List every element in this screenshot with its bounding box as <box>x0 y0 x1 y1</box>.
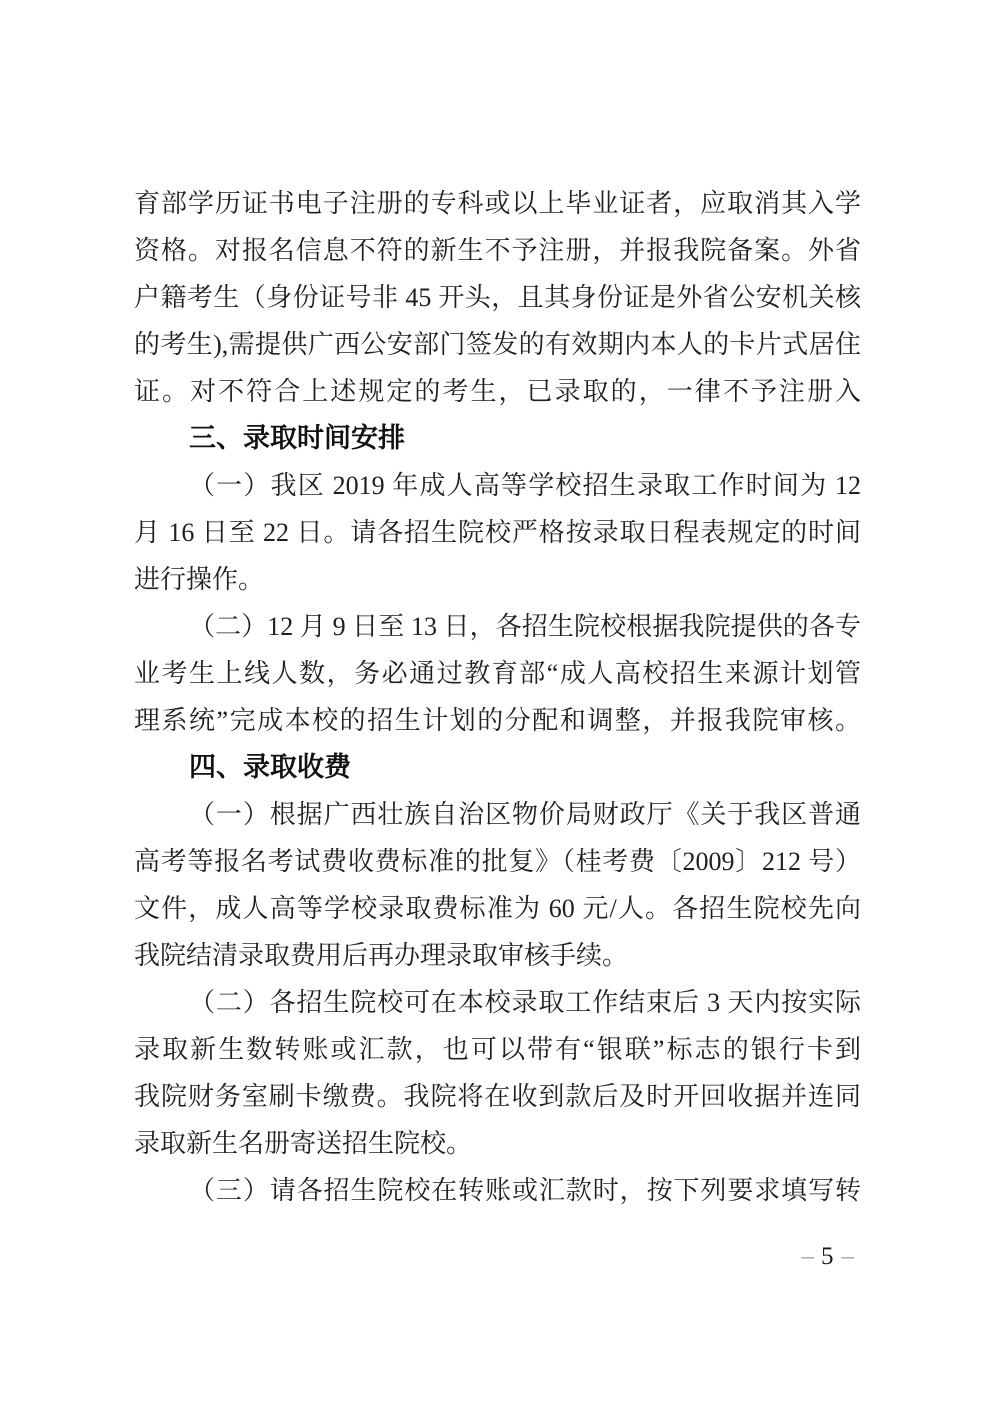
paragraph: （三）请各招生院校在转账或汇款时，按下列要求填写转 <box>134 1167 861 1214</box>
text-line: （二）12 月 9 日至 13 日，各招生院校根据我院提供的各专 <box>134 603 861 650</box>
paragraph: （二）12 月 9 日至 13 日，各招生院校根据我院提供的各专业考生上线人数，… <box>134 603 861 744</box>
text-line: 我院结清录取费用后再办理录取审核手续。 <box>134 932 861 979</box>
text-line: 进行操作。 <box>134 556 861 603</box>
text-line: 证。对不符合上述规定的考生，已录取的，一律不予注册入学。 <box>134 368 861 415</box>
text-line: 的考生),需提供广西公安部门签发的有效期内本人的卡片式居住 <box>134 321 861 368</box>
footer-dash-right: – <box>842 1243 855 1270</box>
text-line: 理系统”完成本校的招生计划的分配和调整，并报我院审核。 <box>134 697 861 744</box>
heading-text: 四、录取收费 <box>134 744 861 791</box>
text-line: （二）各招生院校可在本校录取工作结束后 3 天内按实际 <box>134 979 861 1026</box>
paragraph: （二）各招生院校可在本校录取工作结束后 3 天内按实际录取新生数转账或汇款，也可… <box>134 979 861 1167</box>
text-line: 业考生上线人数，务必通过教育部“成人高校招生来源计划管 <box>134 650 861 697</box>
text-line: （一）根据广西壮族自治区物价局财政厅《关于我区普通 <box>134 791 861 838</box>
section-heading: 三、录取时间安排 <box>134 415 861 462</box>
text-line: 资格。对报名信息不符的新生不予注册，并报我院备案。外省 <box>134 227 861 274</box>
text-line: （三）请各招生院校在转账或汇款时，按下列要求填写转 <box>134 1167 861 1214</box>
page-footer: –5– <box>134 1238 861 1276</box>
page-number: 5 <box>821 1243 835 1270</box>
text-line: 育部学历证书电子注册的专科或以上毕业证者，应取消其入学 <box>134 180 861 227</box>
text-line: 我院财务室刷卡缴费。我院将在收到款后及时开回收据并连同 <box>134 1073 861 1120</box>
paragraph: （一）我区 2019 年成人高等学校招生录取工作时间为 12月 16 日至 22… <box>134 462 861 603</box>
section-heading: 四、录取收费 <box>134 744 861 791</box>
paragraph: 育部学历证书电子注册的专科或以上毕业证者，应取消其入学资格。对报名信息不符的新生… <box>134 180 861 415</box>
footer-dash-left: – <box>802 1243 815 1270</box>
document-body: 育部学历证书电子注册的专科或以上毕业证者，应取消其入学资格。对报名信息不符的新生… <box>134 180 861 1214</box>
text-line: 月 16 日至 22 日。请各招生院校严格按录取日程表规定的时间 <box>134 509 861 556</box>
text-line: 录取新生数转账或汇款，也可以带有“银联”标志的银行卡到 <box>134 1026 861 1073</box>
text-line: 户籍考生（身份证号非 45 开头，且其身份证是外省公安机关核发 <box>134 274 861 321</box>
text-line: 文件，成人高等学校录取费标准为 60 元/人。各招生院校先向 <box>134 885 861 932</box>
document-page: 育部学历证书电子注册的专科或以上毕业证者，应取消其入学资格。对报名信息不符的新生… <box>0 0 992 1403</box>
text-line: 录取新生名册寄送招生院校。 <box>134 1120 861 1167</box>
paragraph: （一）根据广西壮族自治区物价局财政厅《关于我区普通高考等报名考试费收费标准的批复… <box>134 791 861 979</box>
text-line: （一）我区 2019 年成人高等学校招生录取工作时间为 12 <box>134 462 861 509</box>
text-line: 高考等报名考试费收费标准的批复》（桂考费〔2009〕212 号） <box>134 838 861 885</box>
heading-text: 三、录取时间安排 <box>134 415 861 462</box>
